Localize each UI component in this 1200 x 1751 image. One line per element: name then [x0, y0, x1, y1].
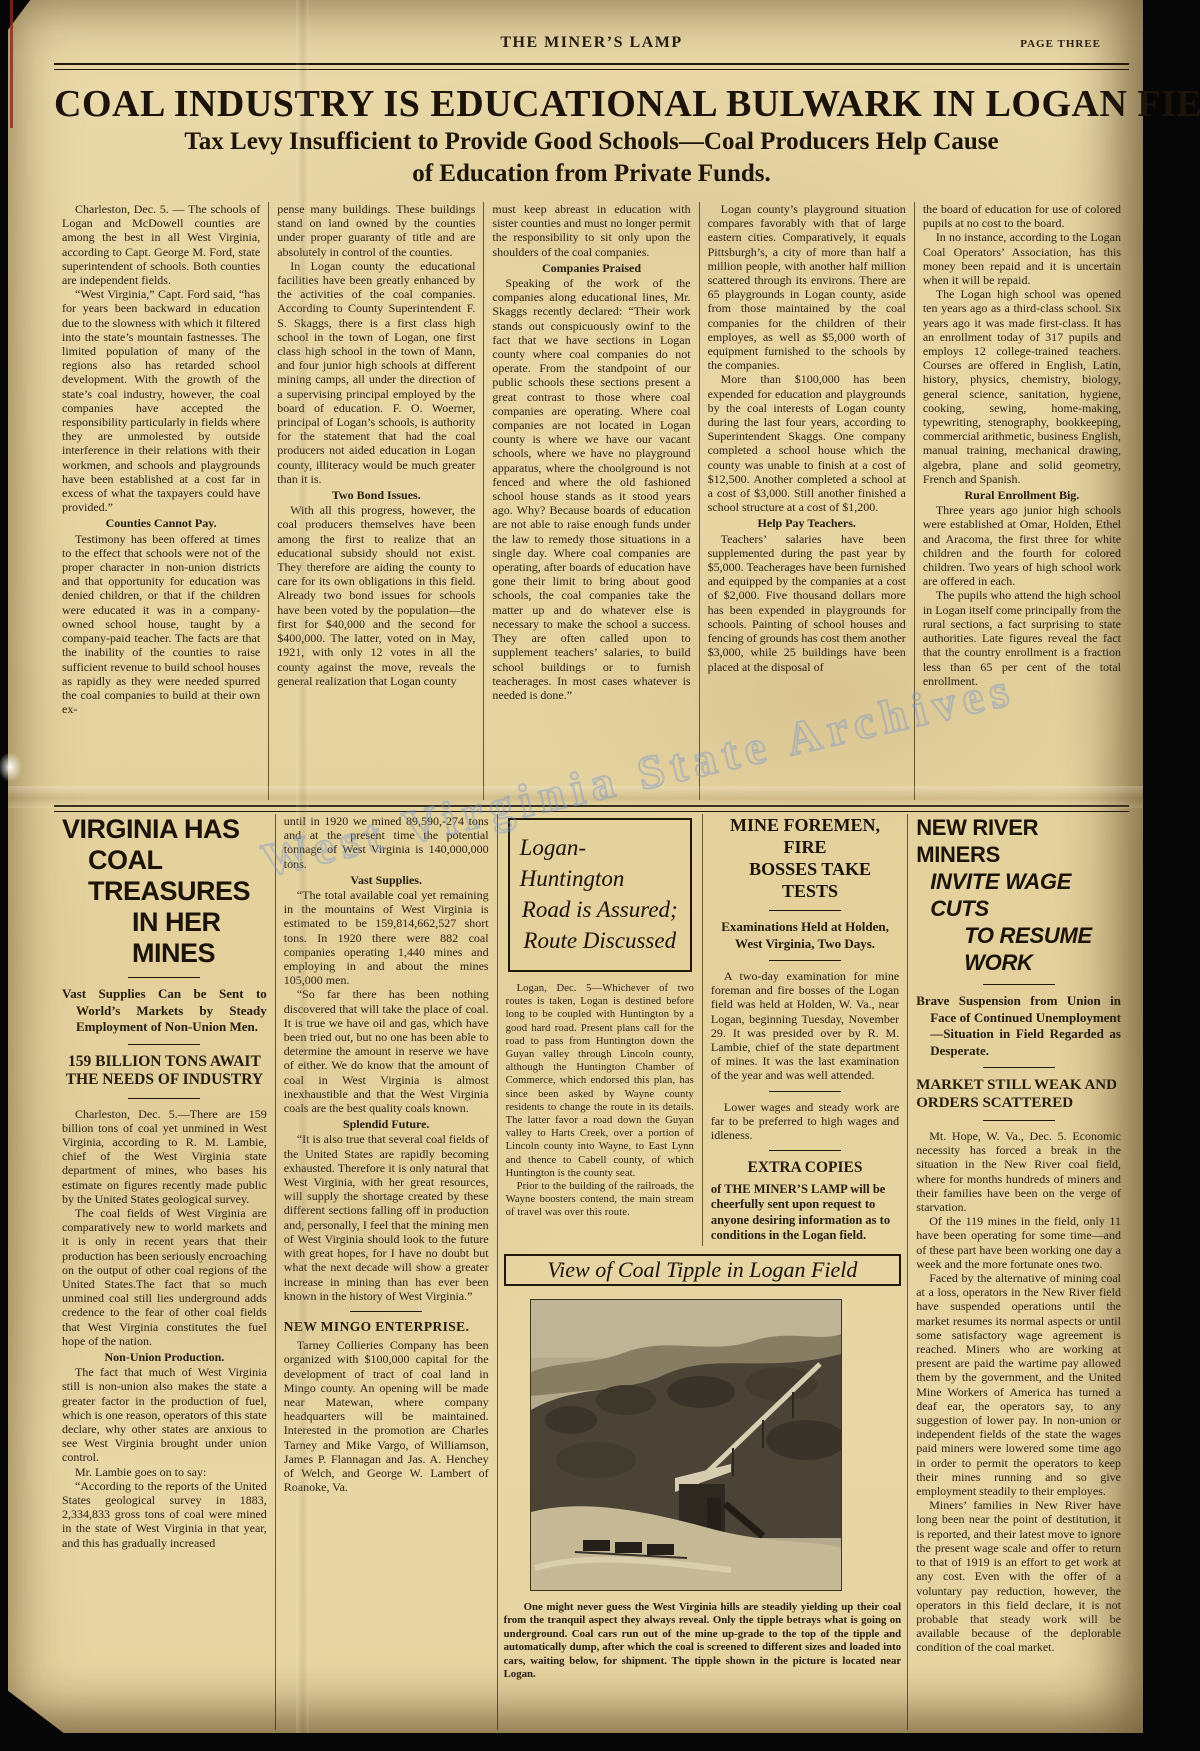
logan-road-body: Logan, Dec. 5—Whichever of two routes is…	[506, 982, 694, 1220]
mine-foremen-column: MINE FOREMEN, FIRE BOSSES TAKE TESTS Exa…	[702, 814, 907, 1246]
new-river-article-column: NEW RIVER MINERS INVITE WAGE CUTS TO RES…	[907, 814, 1129, 1730]
lead-column-3: must keep abreast in education with sist…	[483, 202, 698, 800]
article-paragraph: Charleston, Dec. 5. — The schools of Log…	[62, 202, 260, 287]
article-paragraph: “The total available coal yet remaining …	[284, 888, 489, 987]
article-paragraph: Tarney Collieries Company has been organ…	[284, 1338, 489, 1494]
article-paragraph: the board of education for use of colore…	[923, 202, 1121, 230]
article-paragraph: Logan, Dec. 5—Whichever of two routes is…	[506, 982, 694, 1180]
divider-rule	[769, 1150, 841, 1151]
lead-subhead-line1: Tax Levy Insufficient to Provide Good Sc…	[54, 126, 1129, 158]
section-divider-rule	[54, 805, 1129, 812]
tipple-title: View of Coal Tipple in Logan Field	[510, 1263, 896, 1277]
article-paragraph: Mr. Lambie goes on to say:	[62, 1465, 267, 1479]
article-subhead: Rural Enrollment Big.	[923, 488, 1121, 502]
article-paragraph: Lower wages and steady work are far to b…	[711, 1100, 899, 1143]
article-subhead: Vast Supplies.	[284, 873, 489, 887]
divider-rule	[128, 1098, 200, 1099]
mine-foremen-headline-line1: MINE FOREMEN, FIRE	[711, 814, 899, 858]
article-deck: Brave Suspension from Union in Face of C…	[916, 993, 1121, 1059]
coal-tipple-photo	[530, 1299, 842, 1591]
virginia-headline-line1: VIRGINIA HAS	[62, 814, 267, 845]
article-paragraph: Miners’ families in New River have long …	[916, 1498, 1121, 1654]
article-paragraph: In Logan county the educational faciliti…	[277, 259, 475, 486]
mine-foremen-body: Examinations Held at Holden, West Virgin…	[711, 910, 899, 1244]
lead-column-4: Logan county’s playground situation comp…	[699, 202, 914, 800]
lower-middle-top: Logan-Huntington Road is Assured; Route …	[498, 814, 908, 1246]
article-paragraph: The Logan high school was opened ten yea…	[923, 287, 1121, 486]
virginia-article-body: Vast Supplies Can be Sent to World’s Mar…	[62, 977, 267, 1550]
virginia-article-column-2: until in 1920 we mined 89,590,-274 tons …	[275, 814, 497, 1730]
article-paragraph: Charleston, Dec. 5.—There are 159 billio…	[62, 1107, 267, 1206]
logan-road-title-line2: Road is Assured;	[514, 894, 686, 925]
article-subhead: 159 BILLION TONS AWAIT THE NEEDS OF INDU…	[62, 1053, 267, 1090]
divider-rule	[128, 1044, 200, 1045]
article-paragraph: Mt. Hope, W. Va., Dec. 5. Economic neces…	[916, 1129, 1121, 1214]
article-paragraph: Faced by the alternative of mining coal …	[916, 1271, 1121, 1498]
article-deck: of THE MINER’S LAMP will be cheerfully s…	[711, 1182, 899, 1244]
tipple-photo-caption: One might never guess the West Virginia …	[504, 1601, 902, 1681]
divider-rule	[983, 1067, 1055, 1068]
article-subhead: EXTRA COPIES	[711, 1159, 899, 1178]
article-deck: Vast Supplies Can be Sent to World’s Mar…	[62, 986, 267, 1036]
lower-middle-section: Logan-Huntington Road is Assured; Route …	[497, 814, 908, 1730]
lead-column-5: the board of education for use of colore…	[914, 202, 1129, 800]
lead-column-1: Charleston, Dec. 5. — The schools of Log…	[54, 202, 268, 800]
divider-rule	[128, 977, 200, 978]
article-paragraph: Three years ago junior high schools were…	[923, 503, 1121, 588]
masthead-rule	[54, 63, 1129, 70]
article-paragraph: In no instance, according to the Logan C…	[923, 230, 1121, 287]
article-paragraph: A two-day examination for mine foreman a…	[711, 969, 899, 1083]
article-paragraph: “So far there has been nothing discovere…	[284, 987, 489, 1115]
tipple-photo-feature: View of Coal Tipple in Logan Field	[498, 1254, 908, 1682]
lead-headline: COAL INDUSTRY IS EDUCATIONAL BULWARK IN …	[54, 82, 1129, 126]
newspaper-title: THE MINER’S LAMP	[54, 34, 1129, 52]
logan-road-headline-box: Logan-Huntington Road is Assured; Route …	[508, 818, 692, 972]
newspaper-page: THE MINER’S LAMP PAGE THREE COAL INDUSTR…	[8, 0, 1143, 1733]
paper-blemish	[0, 752, 22, 782]
article-paragraph: The coal fields of West Virginia are com…	[62, 1206, 267, 1348]
article-subhead: MARKET STILL WEAK AND ORDERS SCATTERED	[916, 1076, 1121, 1112]
divider-rule	[769, 960, 841, 961]
mine-foremen-headline-line2: BOSSES TAKE TESTS	[711, 858, 899, 902]
lead-column-2: pense many buildings. These buildings st…	[268, 202, 483, 800]
article-paragraph: Logan county’s playground situation comp…	[708, 202, 906, 372]
divider-rule	[983, 984, 1055, 985]
scan-edge-mark	[10, 0, 13, 128]
article-paragraph: Prior to the building of the railroads, …	[506, 1180, 694, 1220]
article-subhead: Help Pay Teachers.	[708, 516, 906, 530]
page-number-label: PAGE THREE	[1020, 38, 1101, 50]
logan-road-title-line3: Route Discussed	[514, 925, 686, 956]
divider-rule	[769, 910, 841, 911]
article-paragraph: until in 1920 we mined 89,590,-274 tons …	[284, 814, 489, 871]
article-subhead: NEW MINGO ENTERPRISE.	[284, 1320, 489, 1334]
article-subhead: Counties Cannot Pay.	[62, 516, 260, 530]
tipple-title-box: View of Coal Tipple in Logan Field	[504, 1254, 902, 1286]
article-subhead: Non-Union Production.	[62, 1350, 267, 1364]
masthead: THE MINER’S LAMP PAGE THREE	[54, 34, 1129, 58]
logan-road-column: Logan-Huntington Road is Assured; Route …	[498, 814, 702, 1246]
article-subhead: Two Bond Issues.	[277, 488, 475, 502]
divider-rule	[983, 1120, 1055, 1121]
new-river-headline-line2: INVITE WAGE CUTS	[916, 868, 1121, 922]
article-paragraph: “It is also true that several coal field…	[284, 1132, 489, 1302]
article-subhead: Companies Praised	[492, 261, 690, 275]
article-subhead: Splendid Future.	[284, 1117, 489, 1131]
coal-tipple-photo-illustration	[531, 1300, 841, 1590]
article-paragraph: must keep abreast in education with sist…	[492, 202, 690, 259]
lead-article-columns: Charleston, Dec. 5. — The schools of Log…	[54, 202, 1129, 800]
article-paragraph: Speaking of the work of the companies al…	[492, 276, 690, 702]
new-river-headline-line3: TO RESUME WORK	[916, 922, 1121, 976]
article-paragraph: Of the 119 mines in the field, only 11 h…	[916, 1214, 1121, 1271]
lower-section: VIRGINIA HAS COAL TREASURES IN HER MINES…	[54, 814, 1129, 1730]
article-paragraph: Teachers’ salaries have been supplemente…	[708, 532, 906, 674]
article-paragraph: “West Virginia,” Capt. Ford said, “has f…	[62, 287, 260, 514]
article-paragraph: Testimony has been offered at times to t…	[62, 532, 260, 717]
article-paragraph: More than $100,000 has been expended for…	[708, 372, 906, 514]
new-river-article-body: Brave Suspension from Union in Face of C…	[916, 984, 1121, 1655]
virginia-headline-line3: IN HER MINES	[62, 907, 267, 969]
article-paragraph: “According to the reports of the United …	[62, 1479, 267, 1550]
new-river-headline-line1: NEW RIVER MINERS	[916, 814, 1121, 868]
divider-rule	[769, 1091, 841, 1092]
logan-road-title-line1: Logan-Huntington	[514, 832, 686, 894]
article-deck: Examinations Held at Holden, West Virgin…	[711, 919, 899, 952]
virginia-headline-line2: COAL TREASURES	[62, 845, 267, 907]
article-paragraph: The fact that much of West Virginia stil…	[62, 1365, 267, 1464]
article-paragraph: With all this progress, however, the coa…	[277, 503, 475, 688]
divider-rule	[350, 1311, 422, 1312]
lead-subhead-line2: of Education from Private Funds.	[54, 158, 1129, 190]
article-paragraph: The pupils who attend the high school in…	[923, 588, 1121, 687]
virginia-article-column-1: VIRGINIA HAS COAL TREASURES IN HER MINES…	[54, 814, 275, 1730]
article-paragraph: pense many buildings. These buildings st…	[277, 202, 475, 259]
